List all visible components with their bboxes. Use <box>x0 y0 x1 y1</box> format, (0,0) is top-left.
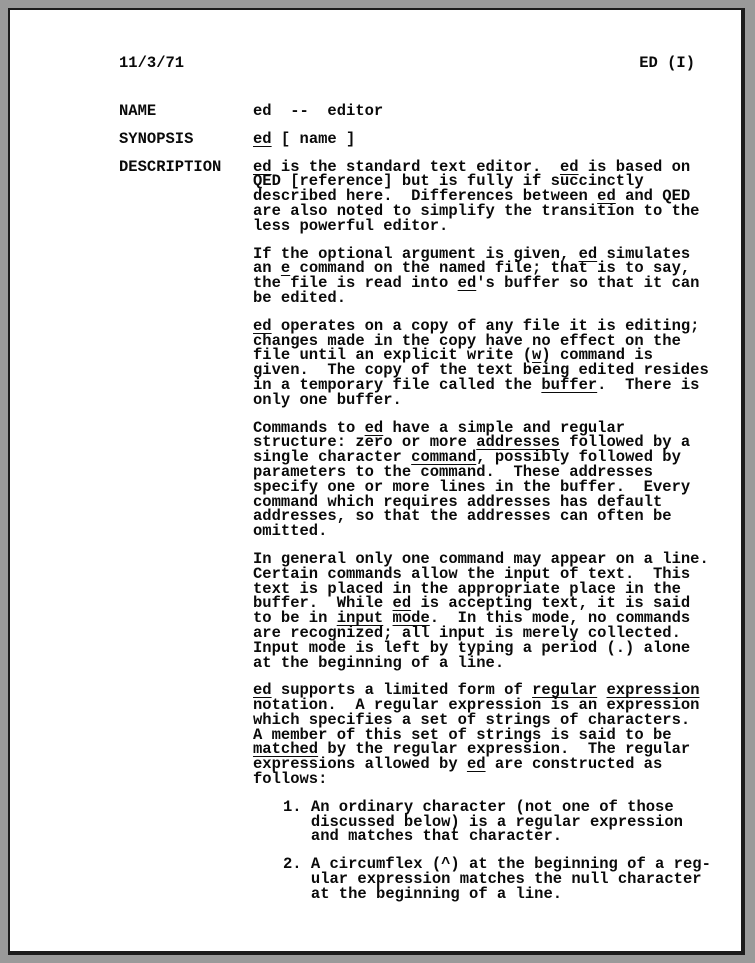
synopsis-section: SYNOPSISed [ name ] <box>119 132 705 147</box>
text-line: ed [ name ] <box>253 132 705 147</box>
regex-rule-2: 2. A circumflex (^) at the beginning of … <box>119 857 705 901</box>
section-label: DESCRIPTION <box>119 160 253 234</box>
text-segment <box>283 885 311 903</box>
section-label <box>119 247 253 306</box>
text-line: and matches that character. <box>283 829 705 844</box>
section-text: ed -- editor <box>253 104 705 119</box>
text-segment: be edited. <box>253 289 346 307</box>
text-line: omitted. <box>253 524 705 539</box>
underlined-text: ed <box>467 755 486 773</box>
text-line: less powerful editor. <box>253 219 705 234</box>
numbered-list-item: 2. A circumflex (^) at the beginning of … <box>253 857 711 901</box>
numbered-list-item: 1. An ordinary character (not one of tho… <box>253 800 705 844</box>
section-label <box>119 857 253 901</box>
description-paragraph-5: In general only one command may appear o… <box>119 552 705 670</box>
text-line: only one buffer. <box>253 393 709 408</box>
text-segment: are constructed as <box>486 755 663 773</box>
underlined-text: buffer <box>541 376 597 394</box>
section-text: ed is the standard text editor. ed is ba… <box>253 160 705 234</box>
section-text: In general only one command may appear o… <box>253 552 709 670</box>
text-segment: . There is <box>597 376 699 394</box>
text-line: at the beginning of a line. <box>283 887 711 902</box>
description-paragraph-4: Commands to ed have a simple and regular… <box>119 421 705 539</box>
underlined-text: ed <box>253 130 272 148</box>
manual-section-ref: ED (I) <box>639 56 695 71</box>
text-segment: at the beginning of a line. <box>311 885 562 903</box>
section-label: SYNOPSIS <box>119 132 253 147</box>
section-text: If the optional argument is given, ed si… <box>253 247 705 306</box>
description-paragraph-3: ed operates on a copy of any file it is … <box>119 319 705 408</box>
section-label <box>119 421 253 539</box>
page-header: 11/3/71 ED (I) <box>119 56 695 71</box>
text-segment: only one buffer. <box>253 391 402 409</box>
section-label <box>119 319 253 408</box>
text-segment: at the beginning of a line. <box>253 654 504 672</box>
text-line: be edited. <box>253 291 705 306</box>
section-text: ed operates on a copy of any file it is … <box>253 319 709 408</box>
page-date: 11/3/71 <box>119 56 184 71</box>
section-text: ed [ name ] <box>253 132 705 147</box>
text-line: ed -- editor <box>253 104 705 119</box>
text-segment: and matches that character. <box>311 827 562 845</box>
regex-rule-1: 1. An ordinary character (not one of tho… <box>119 800 705 844</box>
description-paragraph-6: ed supports a limited form of regular ex… <box>119 683 705 787</box>
text-segment: less powerful editor. <box>253 217 448 235</box>
text-line: follows: <box>253 772 705 787</box>
section-label <box>119 683 253 787</box>
description-paragraph-2: If the optional argument is given, ed si… <box>119 247 705 306</box>
text-segment: omitted. <box>253 522 327 540</box>
section-text: Commands to ed have a simple and regular… <box>253 421 705 539</box>
text-segment: follows: <box>253 770 327 788</box>
section-label <box>119 552 253 670</box>
underlined-text: ed <box>458 274 477 292</box>
text-segment <box>283 827 311 845</box>
section-label: NAME <box>119 104 253 119</box>
description-paragraph-1: DESCRIPTIONed is the standard text edito… <box>119 160 705 234</box>
text-line: at the beginning of a line. <box>253 656 709 671</box>
name-section: NAMEed -- editor <box>119 104 705 119</box>
text-segment: ed -- editor <box>253 102 383 120</box>
section-text: ed supports a limited form of regular ex… <box>253 683 705 787</box>
text-segment: [ name ] <box>272 130 356 148</box>
section-label <box>119 800 253 844</box>
text-segment: 's buffer so that it can <box>476 274 699 292</box>
manual-body: NAMEed -- editorSYNOPSISed [ name ]DESCR… <box>119 104 705 902</box>
manual-page: 11/3/71 ED (I) NAMEed -- editorSYNOPSISe… <box>8 8 745 955</box>
